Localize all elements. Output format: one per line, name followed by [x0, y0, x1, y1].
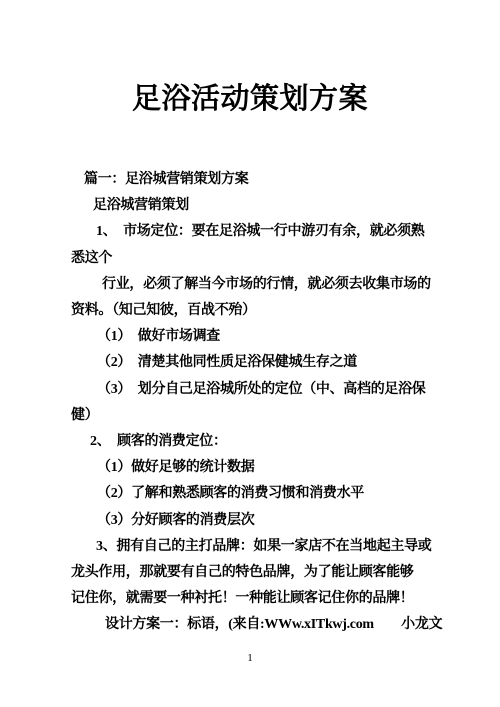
body-line: 篇一：足浴城营销策划方案: [71, 167, 460, 193]
body-line: （2） 清楚其他同性质足浴保健城生存之道: [71, 350, 460, 376]
document-title: 足浴活动策划方案: [0, 79, 500, 119]
body-line: 足浴城营销策划: [71, 193, 460, 219]
body-line: 健）: [71, 403, 460, 429]
body-line: （1）做好足够的统计数据: [71, 455, 460, 481]
body-line: 龙头作用，那就要有自己的特色品牌，为了能让顾客能够: [71, 560, 460, 586]
body-line: 2、 顾客的消费定位：: [71, 429, 460, 455]
body-line: 记住你，就需要一种衬托！一种能让顾客记住你的品牌！: [71, 586, 460, 612]
document-page: 足浴活动策划方案 篇一：足浴城营销策划方案 足浴城营销策划 1、 市场定位：要在…: [0, 0, 500, 707]
body-line: 悉这个: [71, 246, 460, 272]
body-line: 1、 市场定位：要在足浴城一行中游刃有余，就必须熟: [71, 219, 460, 245]
body-line: 设计方案一：标语，(来自:WWw.xITkwj.com 小龙文: [71, 612, 460, 638]
body-line: （3） 划分自己足浴城所处的定位（中、高档的足浴保: [71, 377, 460, 403]
page-number: 1: [0, 651, 500, 665]
body-line: 资料。（知己知彼，百战不殆）: [71, 298, 460, 324]
body-line: （2）了解和熟悉顾客的消费习惯和消费水平: [71, 481, 460, 507]
body-line: （3）分好顾客的消费层次: [71, 508, 460, 534]
document-body: 篇一：足浴城营销策划方案 足浴城营销策划 1、 市场定位：要在足浴城一行中游刃有…: [0, 167, 500, 639]
body-line: （1） 做好市场调查: [71, 324, 460, 350]
body-line: 3、拥有自己的主打品牌：如果一家店不在当地起主导或: [71, 534, 460, 560]
body-line: 行业，必须了解当今市场的行情，就必须去收集市场的: [71, 272, 460, 298]
